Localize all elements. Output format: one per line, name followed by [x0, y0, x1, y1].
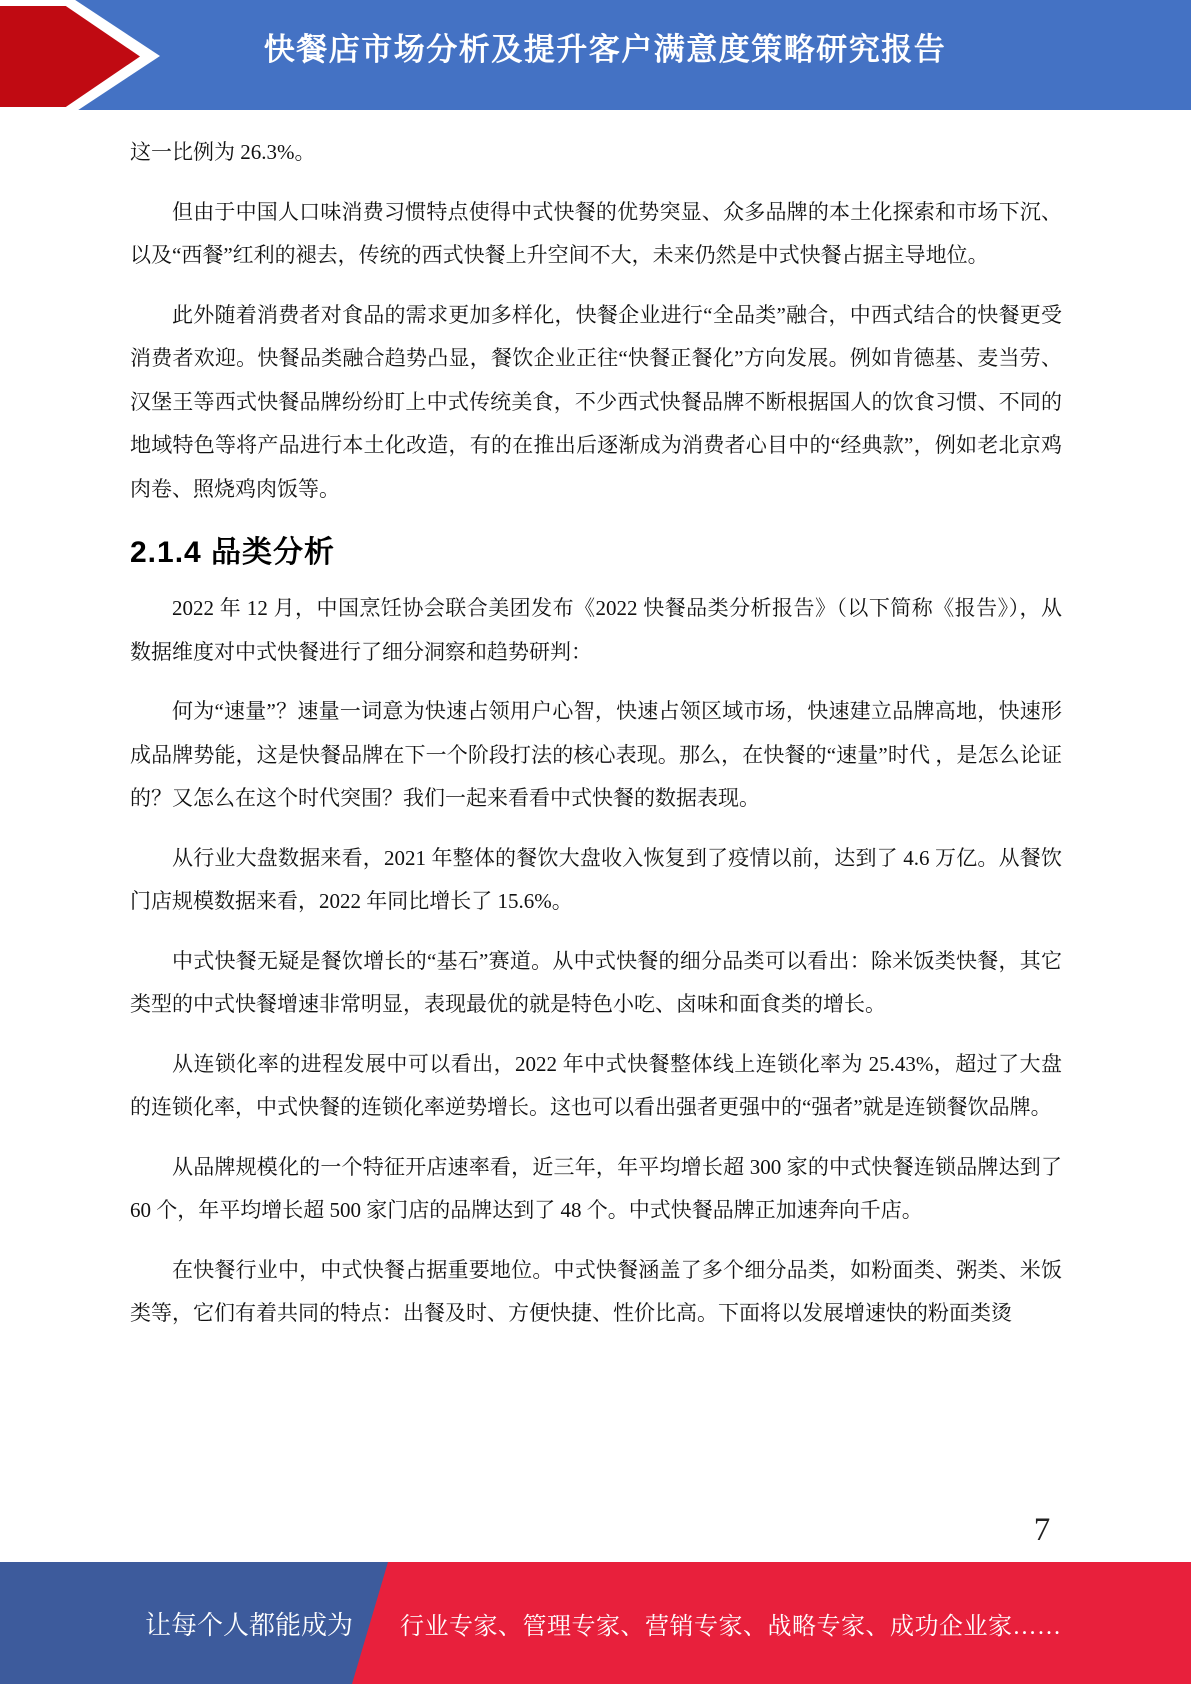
document-body: 这一比例为 26.3%。但由于中国人口味消费习惯特点使得中式快餐的优势突显、众多…: [130, 131, 1062, 1336]
paragraph: 这一比例为 26.3%。: [130, 131, 1062, 175]
page-footer: 让每个人都能成为 行业专家、管理专家、营销专家、战略专家、成功企业家……: [0, 1562, 1191, 1684]
paragraph: 此外随着消费者对食品的需求更加多样化，快餐企业进行“全品类”融合，中西式结合的快…: [130, 294, 1062, 512]
paragraph: 何为“速量”？速量一词意为快速占领用户心智，快速占领区域市场，快速建立品牌高地，…: [130, 690, 1062, 821]
paragraph: 从品牌规模化的一个特征开店速率看，近三年，年平均增长超 300 家的中式快餐连锁…: [130, 1146, 1062, 1233]
paragraph: 从行业大盘数据来看，2021 年整体的餐饮大盘收入恢复到了疫情以前，达到了 4.…: [130, 837, 1062, 924]
paragraph: 2022 年 12 月，中国烹饪协会联合美团发布《2022 快餐品类分析报告》（…: [130, 587, 1062, 674]
paragraph: 从连锁化率的进程发展中可以看出，2022 年中式快餐整体线上连锁化率为 25.4…: [130, 1043, 1062, 1130]
footer-slogan-left: 让每个人都能成为: [135, 1562, 363, 1684]
paragraph: 但由于中国人口味消费习惯特点使得中式快餐的优势突显、众多品牌的本土化探索和市场下…: [130, 191, 1062, 278]
report-page: 快餐店市场分析及提升客户满意度策略研究报告 这一比例为 26.3%。但由于中国人…: [0, 0, 1191, 1684]
paragraph: 中式快餐无疑是餐饮增长的“基石”赛道。从中式快餐的细分品类可以看出：除米饭类快餐…: [130, 940, 1062, 1027]
section-heading: 2.1.4 品类分析: [130, 535, 1062, 571]
chevron-arrow-icon: [0, 0, 162, 114]
paragraph: 在快餐行业中，中式快餐占据重要地位。中式快餐涵盖了多个细分品类，如粉面类、粥类、…: [130, 1249, 1062, 1336]
chevron-arrow-fill: [0, 6, 140, 107]
page-number: 7: [1018, 1512, 1066, 1549]
page-header: 快餐店市场分析及提升客户满意度策略研究报告: [0, 0, 1191, 110]
report-title: 快餐店市场分析及提升客户满意度策略研究报告: [160, 0, 1050, 92]
footer-slogan-right: 行业专家、管理专家、营销专家、战略专家、成功企业家……: [400, 1562, 1140, 1684]
